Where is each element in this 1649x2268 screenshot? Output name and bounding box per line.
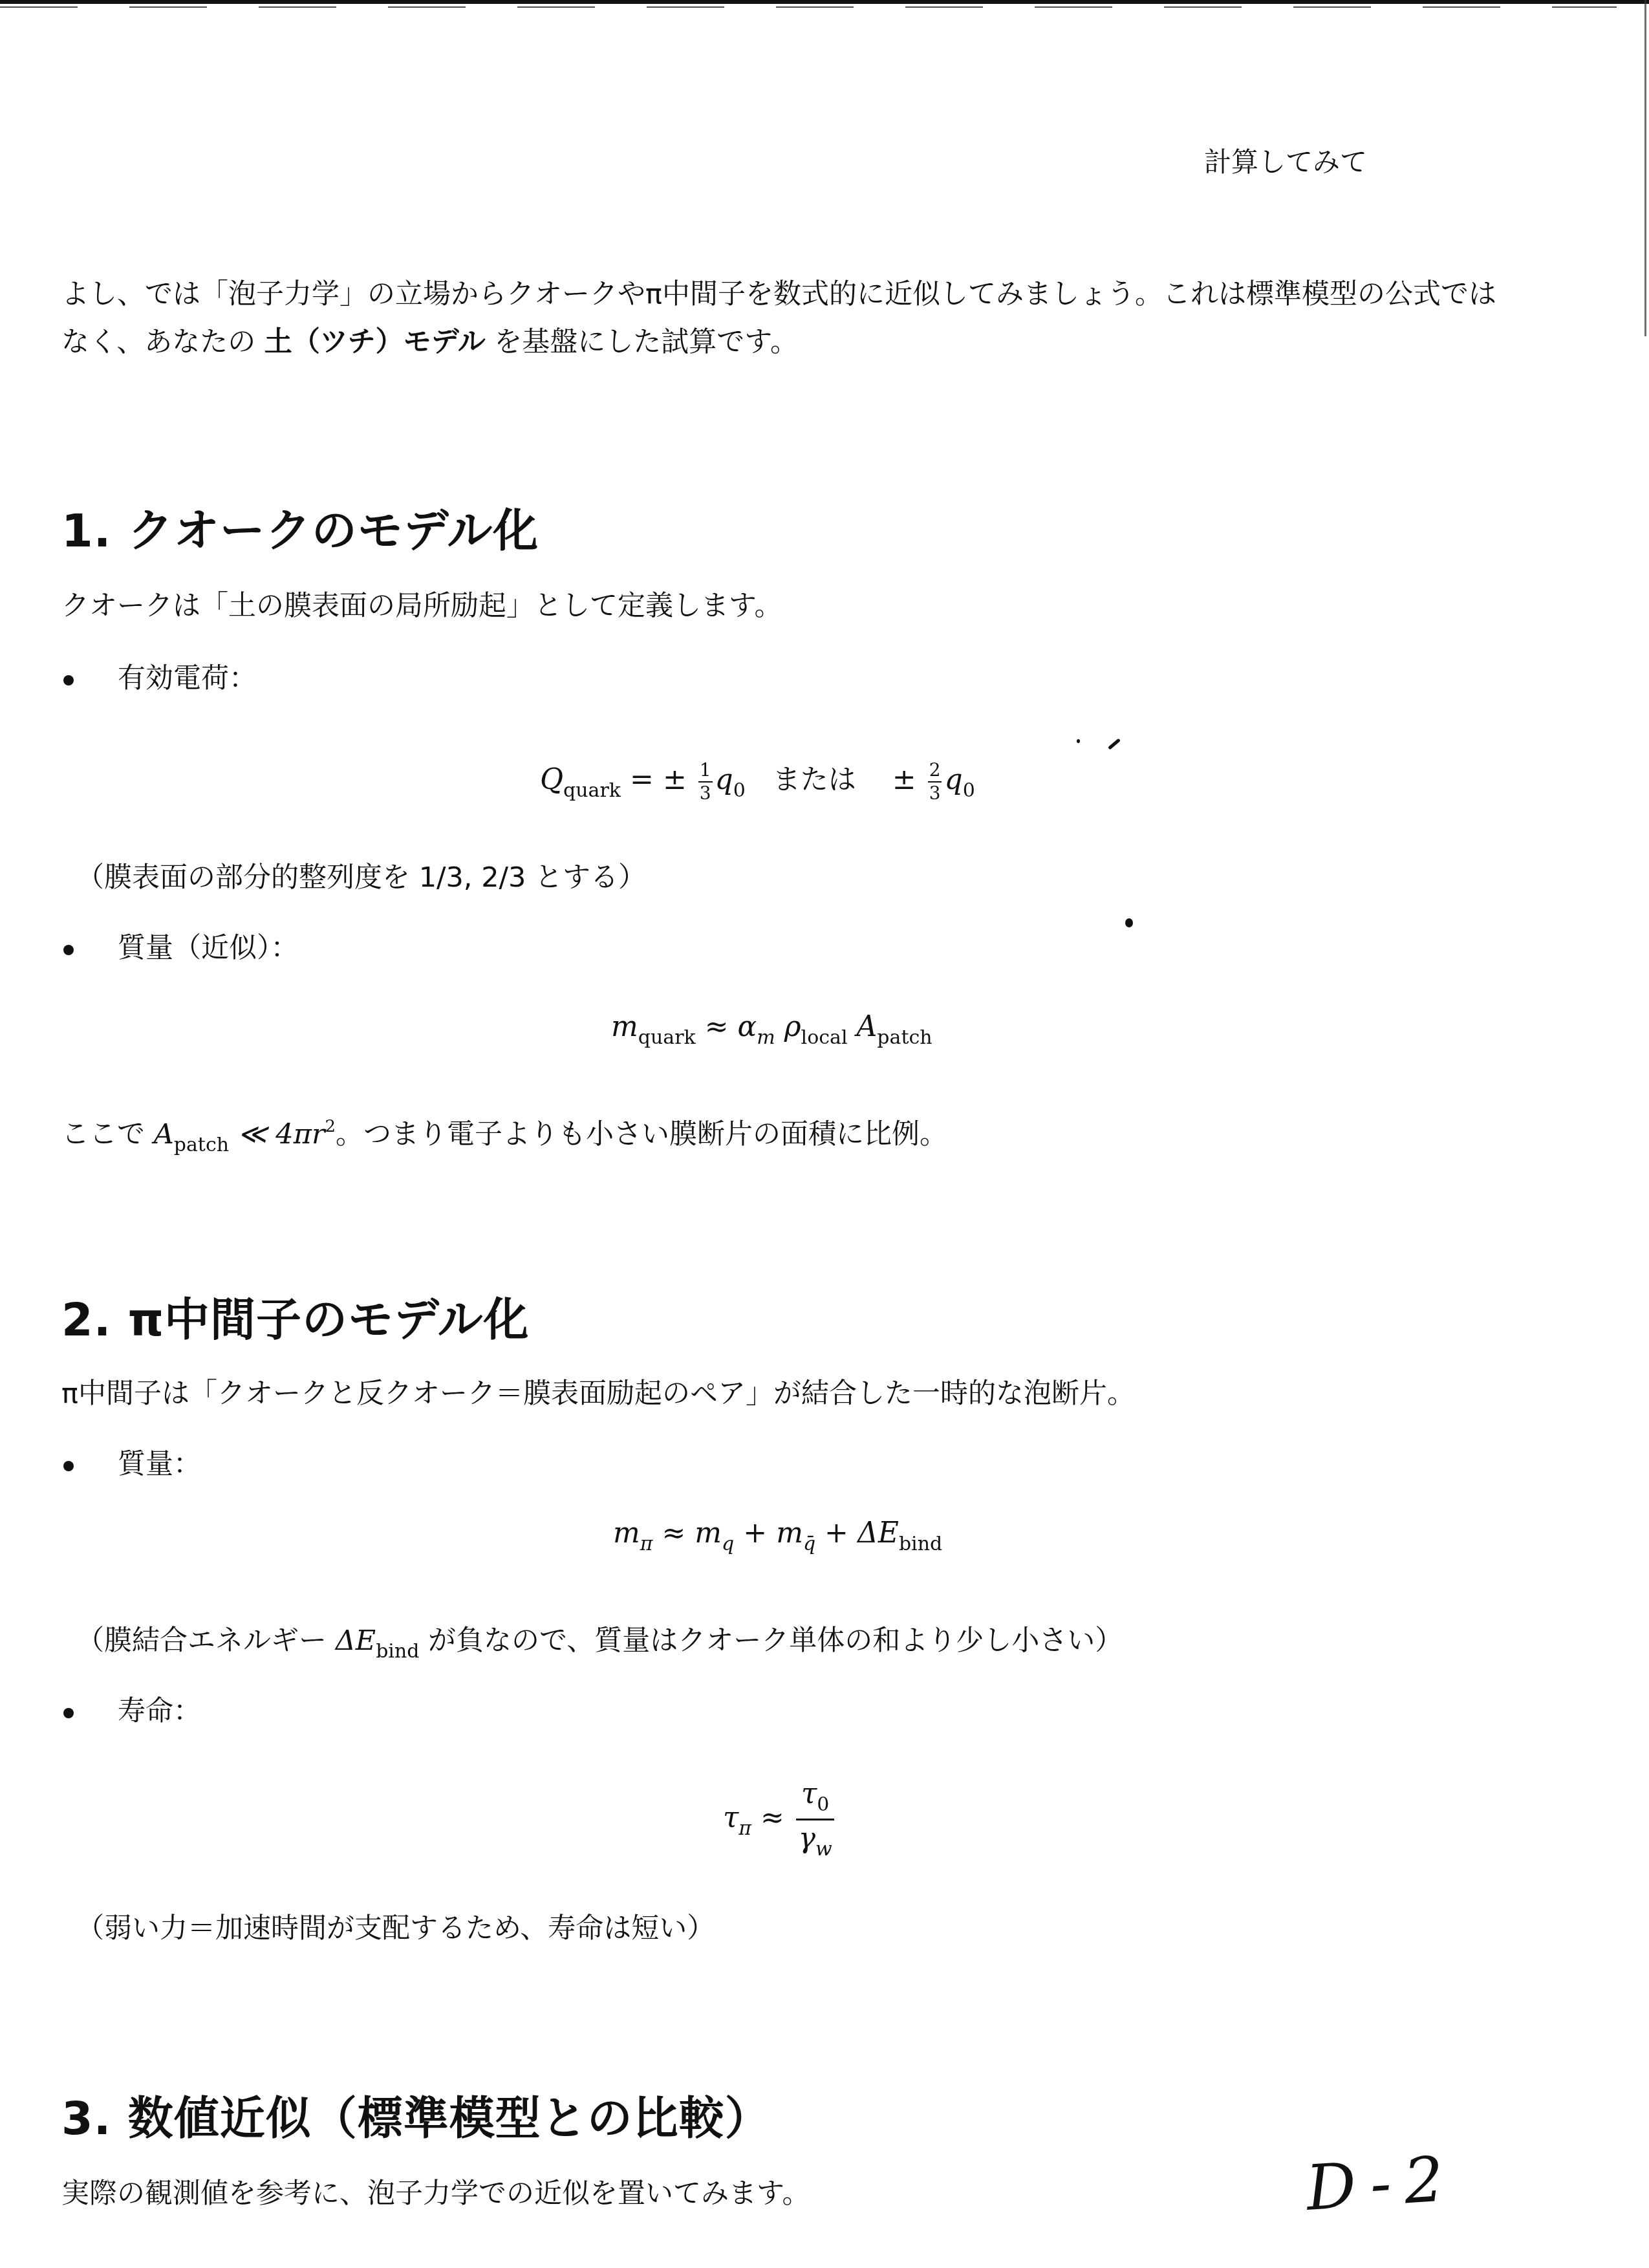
scan-speck xyxy=(1077,739,1080,743)
section-1-definition: クオークは「土の膜表面の局所励起」として定義します。 xyxy=(61,582,782,630)
section-2-title: 2. π中間子のモデル化 xyxy=(61,1284,530,1349)
scan-speck xyxy=(1125,918,1133,927)
charge-note: （膜表面の部分的整列度を 1/3, 2/3 とする） xyxy=(76,854,646,902)
section-2-definition: π中間子は「クオークと反クオーク＝膜表面励起のペア」が結合した一時的な泡断片。 xyxy=(61,1370,1135,1418)
bullet-icon xyxy=(63,945,74,955)
intro-line-2: なく、あなたの 土（ツチ）モデル を基盤にした試算です。 xyxy=(61,318,798,366)
section-3-intro: 実際の観測値を参考に、泡子力学での近似を置いてみます。 xyxy=(61,2170,810,2218)
intro-prefix: なく、あなたの xyxy=(61,326,264,358)
pion-mass-note: （膜結合エネルギー ΔEbind が負なので、質量はクオーク単体の和より少し小さ… xyxy=(76,1617,1123,1676)
scan-edge xyxy=(0,0,1649,4)
bullet-icon xyxy=(63,675,74,686)
scan-edge-right xyxy=(1644,0,1646,336)
section-3-title: 3. 数値近似（標準模型との比較） xyxy=(61,2082,771,2148)
header-note: 計算してみて xyxy=(1204,141,1367,180)
mass-note: ここで Apatch ≪ 4πr2。つまり電子よりも小さい膜断片の面積に比例。 xyxy=(61,1103,947,1169)
intro-line-1: よし、では「泡子力学」の立場からクオークやπ中間子を数式的に近似してみましょう。… xyxy=(61,270,1496,318)
bullet-icon xyxy=(63,1708,74,1718)
handwritten-page-mark: D-2 xyxy=(1304,2142,1459,2225)
scan-mark xyxy=(1108,739,1121,750)
bullet-label: 質量： xyxy=(118,1448,201,1480)
bullet-label: 有効電荷： xyxy=(118,662,257,695)
formula-pion-mass: mπ ≈ mq + mq̄ + ΔEbind xyxy=(613,1517,942,1555)
bullet-label: 寿命： xyxy=(118,1695,201,1727)
bullet-pion-mass: 質量： xyxy=(52,1442,201,1482)
bullet-pion-lifetime: 寿命： xyxy=(52,1689,201,1729)
formula-quark-charge: Qquark = ± 13q0 または ± 23q0 xyxy=(540,758,975,803)
bullet-icon xyxy=(63,1461,74,1471)
formula-pion-lifetime: τπ ≈ τ0γw xyxy=(723,1780,837,1859)
bullet-charge: 有効電荷： xyxy=(52,656,257,696)
lifetime-note: （弱い力＝加速時間が支配するため、寿命は短い） xyxy=(76,1905,715,1952)
scan-edge-artifact xyxy=(0,6,1617,8)
formula-quark-mass: mquark ≈ αm ρlocal Apatch xyxy=(611,1010,932,1049)
bullet-mass: 質量（近似）： xyxy=(52,926,299,966)
bullet-label: 質量（近似）： xyxy=(118,932,299,964)
intro-suffix: を基盤にした試算です。 xyxy=(486,326,798,358)
section-1-title: 1. クオークのモデル化 xyxy=(61,495,539,560)
model-name: 土（ツチ）モデル xyxy=(264,326,486,358)
